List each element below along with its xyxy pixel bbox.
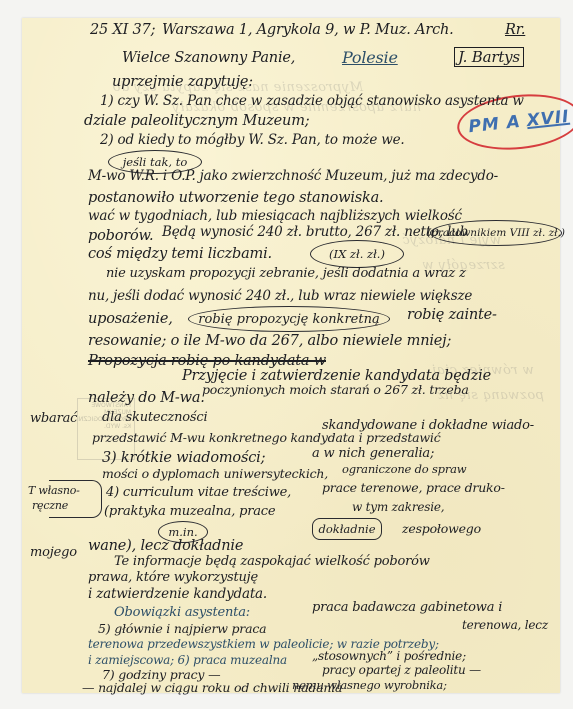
text-line: „stosownych” i pośrednie; — [312, 649, 466, 663]
text-line: nie uzyskam propozycji zebranie, jeśli d… — [106, 266, 466, 281]
addressee-place-text: Polesie — [342, 48, 398, 67]
line-text: pracy opartej z paleolitu — — [322, 663, 481, 677]
line-text: resowanie; o ile M-wo da 267, albo niewi… — [88, 333, 451, 349]
text-line: Obowiązki asystenta: — [114, 605, 250, 620]
text-line: prace terenowe, prace druko- — [322, 480, 505, 495]
text-line: skandydowane i dokładne wiado- — [322, 418, 534, 433]
line-text: nu, jeśli dodać wynosić 240 zł., lub wra… — [88, 288, 472, 304]
text-line: dla skuteczności — [102, 410, 207, 425]
line-text: praca badawcza gabinetowa i — [312, 600, 502, 615]
addressee-place: Polesie — [342, 48, 398, 67]
line-text: Będą wynosić 240 zł. brutto, 267 zł. net… — [162, 224, 468, 240]
line-text: Propozycja robię po kandydata w — [88, 353, 326, 369]
date-text: 25 XI 37; — [90, 22, 155, 38]
text-line: 2) od kiedy to mógłby W. Sz. Pan, to moż… — [100, 132, 404, 148]
annotation-text: (IX zł. zł.) — [329, 247, 385, 261]
corner-mark: Rr. — [505, 22, 525, 38]
annotation-text: m.in. — [168, 525, 197, 539]
text-line: robię zainte- — [407, 307, 497, 323]
annotation-text: (pracownikiem VIII zł. zł.) — [427, 227, 565, 239]
line-text: Te informacje będą zaspokajać wielkość p… — [114, 554, 430, 569]
line-text: dziale paleolitycznym Muzeum; — [84, 113, 309, 129]
archive-number: XVII — [526, 107, 571, 131]
text-line: mości o dyplomach uniwersyteckich, — [102, 466, 328, 481]
line-text: mości o dyplomach uniwersyteckich, — [102, 466, 328, 481]
line-text: poczynionych moich starań o 267 zł. trze… — [202, 382, 469, 397]
text-line: prawa, które wykorzystuję — [88, 570, 258, 585]
margin-note: mojego — [30, 545, 77, 560]
annotation-ix-zl: (IX zł. zł.) — [310, 240, 404, 268]
line-text: „stosownych” i pośrednie; — [312, 649, 466, 663]
text-line: resowanie; o ile M-wo da 267, albo niewi… — [88, 333, 451, 349]
line-text: 5) głównie i najpierw praca — [98, 621, 266, 636]
text-line: 5) głównie i najpierw praca — [98, 621, 266, 636]
text-line: ograniczone do spraw — [342, 462, 466, 476]
line-text: w tym zakresie, — [352, 500, 444, 514]
line-text: 2) od kiedy to mógłby W. Sz. Pan, to moż… — [100, 132, 404, 148]
text-line: M-wo W.R. i O.P. jako zwierzchność Muzeu… — [88, 168, 498, 184]
line-text: uposażenie, — [88, 311, 173, 327]
line-text: coś między temi liczbami. — [88, 246, 272, 262]
annotation-pracownik-viii: (pracownikiem VIII zł. zł.) — [430, 220, 562, 246]
line-text: postanowiło utworzenie tego stanowiska. — [88, 190, 383, 206]
address-text: Warszawa 1, Agrykola 9, w P. Muz. Arch. — [162, 22, 454, 38]
line-text: wane), lecz dokładnie — [88, 538, 243, 554]
line-text: ograniczone do spraw — [342, 462, 466, 476]
line-text: poborów. — [88, 228, 153, 244]
text-line: praca badawcza gabinetowa i — [312, 600, 502, 615]
salutation: Wielce Szanowny Panie, — [122, 50, 295, 66]
line-text: dla skuteczności — [102, 410, 207, 425]
line-text: i zamiejscowa; 6) praca muzealna — [88, 653, 287, 667]
text-line: coś między temi liczbami. — [88, 246, 272, 262]
text-line: Propozycja robię po kandydata w — [88, 353, 326, 369]
text-line: postanowiło utworzenie tego stanowiska. — [88, 190, 383, 206]
text-line: zespołowego — [402, 521, 481, 536]
text-line: 4) curriculum vitae treściwe, — [106, 485, 291, 500]
margin-note: T własno- — [28, 484, 80, 497]
text-line: terenowa, lecz — [462, 618, 548, 632]
margin-note-text: mojego — [30, 545, 77, 560]
text-line: nemu własnego wyrobnika; — [292, 678, 447, 692]
salutation-text: Wielce Szanowny Panie, — [122, 50, 295, 66]
text-line: poborów. — [88, 228, 153, 244]
line-text: prawa, które wykorzystuję — [88, 570, 258, 585]
line-text: zespołowego — [402, 521, 481, 536]
margin-note-text: ręczne — [32, 499, 68, 512]
line-text: nie uzyskam propozycji zebranie, jeśli d… — [106, 266, 466, 281]
text-line: wane), lecz dokładnie — [88, 538, 243, 554]
line-text: należy do M-wa. — [88, 390, 205, 406]
corner-mark-text: Rr. — [505, 22, 525, 38]
text-line: wać w tygodniach, lub miesiącach najbliż… — [88, 208, 462, 224]
text-line: (praktyka muzealna, prace — [104, 504, 275, 519]
annotation-text: robię propozycję konkretną — [198, 312, 379, 327]
letter-date: 25 XI 37; — [90, 22, 155, 38]
annotation-text: jeśli tak, to — [123, 155, 188, 169]
text-line: poczynionych moich starań o 267 zł. trze… — [202, 382, 469, 397]
text-line: pracy opartej z paleolitu — — [322, 663, 481, 677]
text-line: 3) krótkie wiadomości; — [102, 450, 265, 466]
margin-note-text: T własno- — [28, 484, 80, 497]
text-line: w tym zakresie, — [352, 500, 444, 514]
text-line: dziale paleolitycznym Muzeum; — [84, 113, 309, 129]
text-line: 1) czy W. Sz. Pan chce w zasadzie objąć … — [100, 93, 524, 109]
annotation-dokladnie: dokładnie — [312, 518, 382, 540]
line-text: M-wo W.R. i O.P. jako zwierzchność Muzeu… — [88, 168, 498, 184]
line-text: nemu własnego wyrobnika; — [292, 678, 447, 692]
text-line: Te informacje będą zaspokajać wielkość p… — [114, 554, 430, 569]
line-text: terenowa, lecz — [462, 618, 548, 632]
archive-prefix: PM A — [468, 112, 522, 137]
annotation-text: dokładnie — [318, 522, 375, 536]
margin-note-text: wbarać — [30, 411, 77, 426]
addressee-name-text: J. Bartys — [454, 47, 524, 67]
text-line: i zatwierdzenie kandydata. — [88, 586, 267, 602]
line-text: robię zainte- — [407, 307, 497, 323]
line-text: 3) krótkie wiadomości; — [102, 450, 265, 466]
text-line: uprzejmie zapytuję: — [112, 74, 253, 90]
text-line: i zamiejscowa; 6) praca muzealna — [88, 653, 287, 667]
text-line: uposażenie, — [88, 311, 173, 327]
line-text: Obowiązki asystenta: — [114, 605, 250, 620]
line-text: skandydowane i dokładne wiado- — [322, 418, 534, 433]
addressee-name-box: J. Bartys — [454, 48, 524, 66]
line-text: 1) czy W. Sz. Pan chce w zasadzie objąć … — [100, 93, 524, 109]
text-line: a w nich generalia; — [312, 446, 434, 461]
line-text: a w nich generalia; — [312, 446, 434, 461]
line-text: (praktyka muzealna, prace — [104, 504, 275, 519]
letter-address: Warszawa 1, Agrykola 9, w P. Muz. Arch. — [162, 22, 454, 38]
line-text: 4) curriculum vitae treściwe, — [106, 485, 291, 500]
text-line: należy do M-wa. — [88, 390, 205, 406]
margin-note: wbarać — [30, 411, 77, 426]
margin-note: ręczne — [32, 499, 68, 512]
letter-paper: Myproszenie nasz się zapyta czy do nurz … — [22, 18, 560, 693]
line-text: prace terenowe, prace druko- — [322, 480, 505, 495]
line-text: wać w tygodniach, lub miesiącach najbliż… — [88, 208, 462, 224]
line-text: i zatwierdzenie kandydata. — [88, 586, 267, 602]
text-line: Będą wynosić 240 zł. brutto, 267 zł. net… — [162, 224, 468, 240]
line-text: uprzejmie zapytuję: — [112, 74, 253, 90]
text-line: nu, jeśli dodać wynosić 240 zł., lub wra… — [88, 288, 472, 304]
annotation-konkretna: robię propozycję konkretną — [188, 306, 390, 332]
